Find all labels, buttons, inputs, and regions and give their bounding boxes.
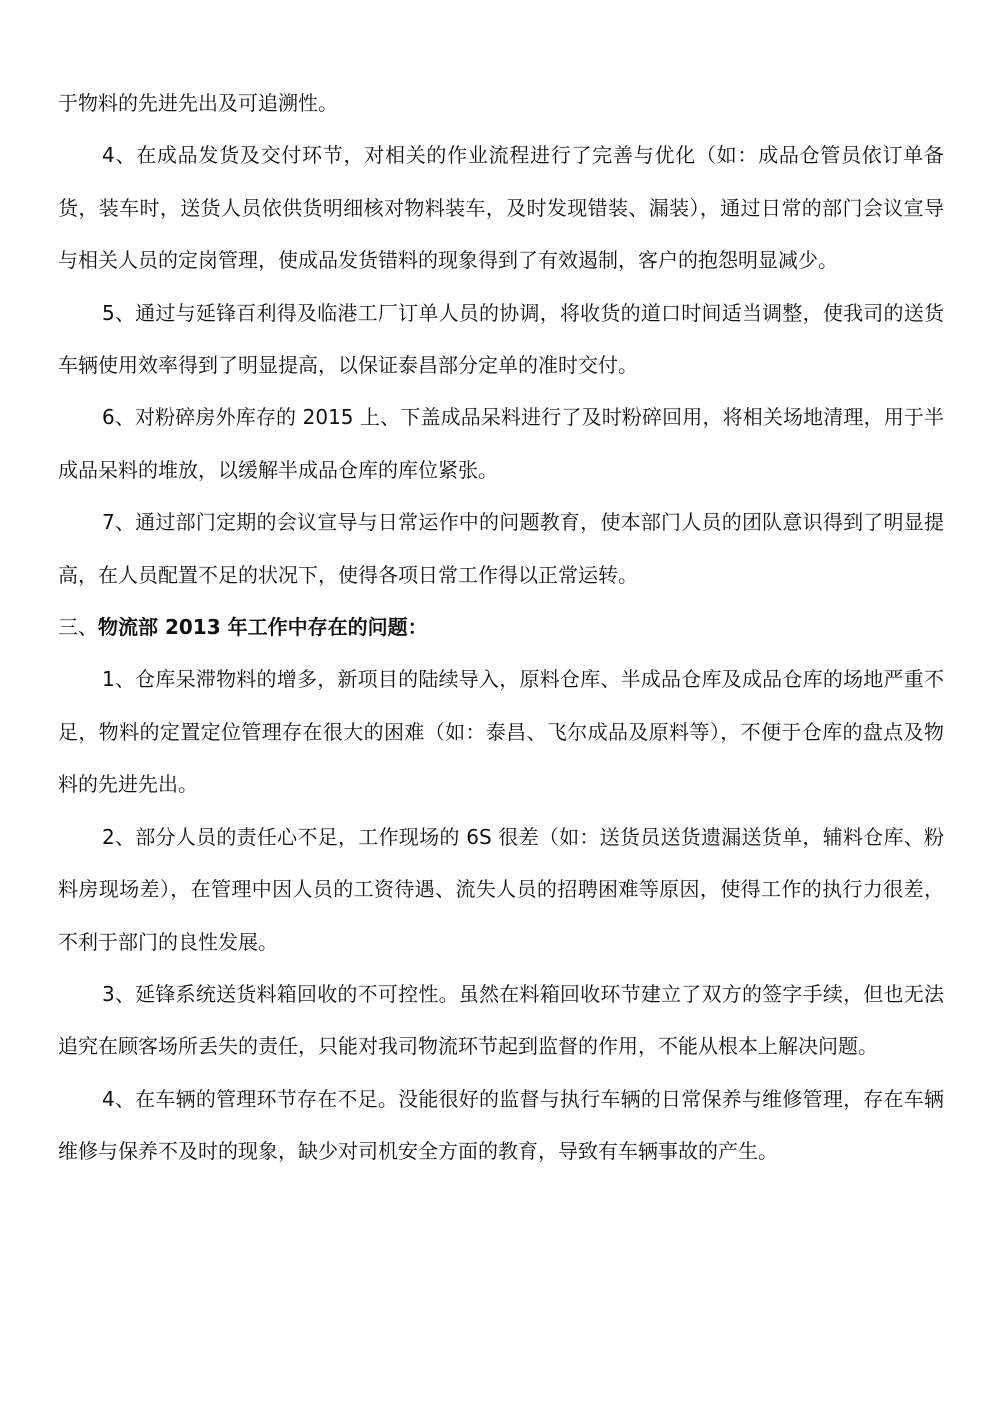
- problem-item-2: 2、部分人员的责任心不足，工作现场的 6S 很差（如：送货员送货遗漏送货单，辅料…: [58, 811, 944, 968]
- achievement-item-7: 7、通过部门定期的会议宣导与日常运作中的问题教育，使本部门人员的团队意识得到了明…: [58, 496, 944, 601]
- paragraph-continuation: 于物料的先进先出及可追溯性。: [58, 77, 944, 129]
- problem-item-1: 1、仓库呆滞物料的增多，新项目的陆续导入，原料仓库、半成品仓库及成品仓库的场地严…: [58, 653, 944, 810]
- achievement-item-4: 4、在成品发货及交付环节，对相关的作业流程进行了完善与优化（如：成品仓管员依订单…: [58, 129, 944, 286]
- section-heading: 三、物流部 2013 年工作中存在的问题：: [58, 601, 944, 653]
- section-heading-prefix: 三、: [58, 615, 98, 639]
- problem-item-4: 4、在车辆的管理环节存在不足。没能很好的监督与执行车辆的日常保养与维修管理，存在…: [58, 1073, 944, 1178]
- achievement-item-5: 5、通过与延锋百利得及临港工厂订单人员的协调，将收货的道口时间适当调整，使我司的…: [58, 287, 944, 392]
- section-heading-title: 物流部 2013 年工作中存在的问题：: [98, 615, 428, 639]
- achievement-item-6: 6、对粉碎房外库存的 2015 上、下盖成品呆料进行了及时粉碎回用，将相关场地清…: [58, 391, 944, 496]
- problem-item-3: 3、延锋系统送货料箱回收的不可控性。虽然在料箱回收环节建立了双方的签字手续，但也…: [58, 968, 944, 1073]
- document-page: 于物料的先进先出及可追溯性。 4、在成品发货及交付环节，对相关的作业流程进行了完…: [58, 77, 944, 1178]
